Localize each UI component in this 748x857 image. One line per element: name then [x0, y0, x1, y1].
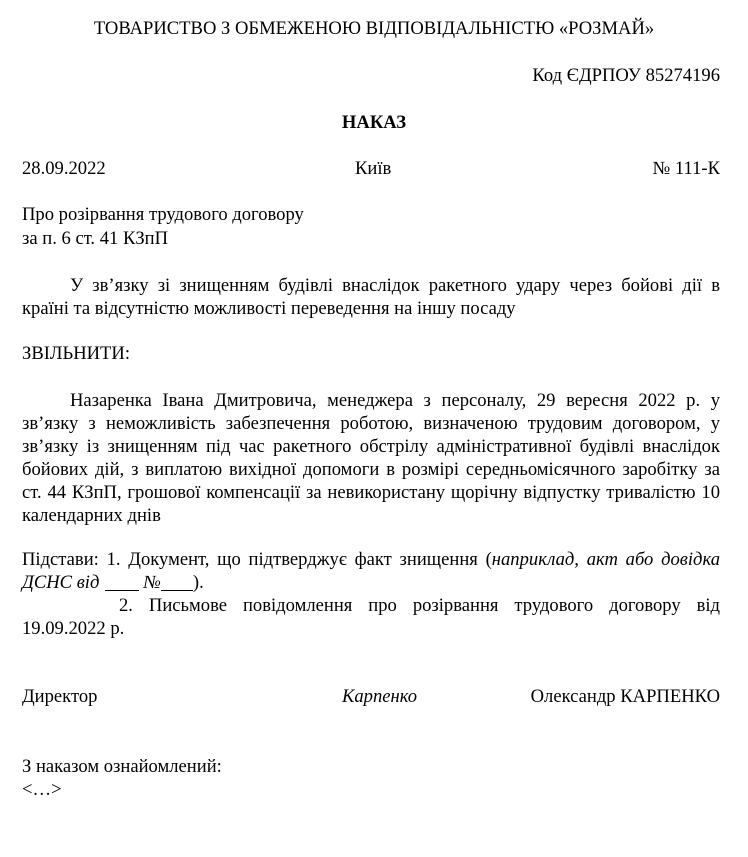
- dismiss-label: ЗВІЛЬНИТИ:: [22, 345, 130, 364]
- basis-item-2-text: 2. Письмове повідомлення про розірвання …: [22, 595, 720, 639]
- basis-item-1-text: Підстави: 1. Документ, що підтверджує фа…: [22, 549, 492, 570]
- basis-item-2: 2. Письмове повідомлення про розірвання …: [22, 594, 720, 640]
- order-number: № 111-К: [653, 160, 721, 179]
- order-subject-line-2: за п. 6 ст. 41 КЗпП: [22, 230, 168, 249]
- signatory-name: Олександр КАРПЕНКО: [531, 688, 720, 707]
- order-city: Київ: [355, 160, 391, 179]
- reason-paragraph: У зв’язку зі знищенням будівлі внаслідок…: [22, 274, 720, 320]
- signatory-position: Директор: [22, 688, 97, 707]
- acknowledgement-label: З наказом ознайомлений:: [22, 758, 222, 777]
- order-body-paragraph: Назаренка Івана Дмитровича, менеджера з …: [22, 389, 720, 527]
- order-date: 28.09.2022: [22, 160, 106, 179]
- document-page: ТОВАРИСТВО З ОБМЕЖЕНОЮ ВІДПОВІДАЛЬНІСТЮ …: [0, 0, 748, 857]
- reason-text: У зв’язку зі знищенням будівлі внаслідок…: [22, 275, 720, 319]
- order-subject-line-1: Про розірвання трудового договору: [22, 206, 304, 225]
- order-body-text: Назаренка Івана Дмитровича, менеджера з …: [22, 390, 720, 526]
- acknowledgement-placeholder: <…>: [22, 781, 62, 800]
- number-sign: №: [143, 572, 161, 593]
- edrpou-code: Код ЄДРПОУ 85274196: [532, 67, 720, 86]
- signature: Карпенко: [342, 688, 417, 707]
- date-blank-line: [105, 571, 139, 591]
- number-blank-line: [161, 571, 193, 591]
- document-title: НАКАЗ: [0, 114, 748, 133]
- basis-item-1: Підстави: 1. Документ, що підтверджує фа…: [22, 548, 720, 594]
- company-name: ТОВАРИСТВО З ОБМЕЖЕНОЮ ВІДПОВІДАЛЬНІСТЮ …: [0, 20, 748, 39]
- basis-item-1-close: ).: [193, 572, 204, 593]
